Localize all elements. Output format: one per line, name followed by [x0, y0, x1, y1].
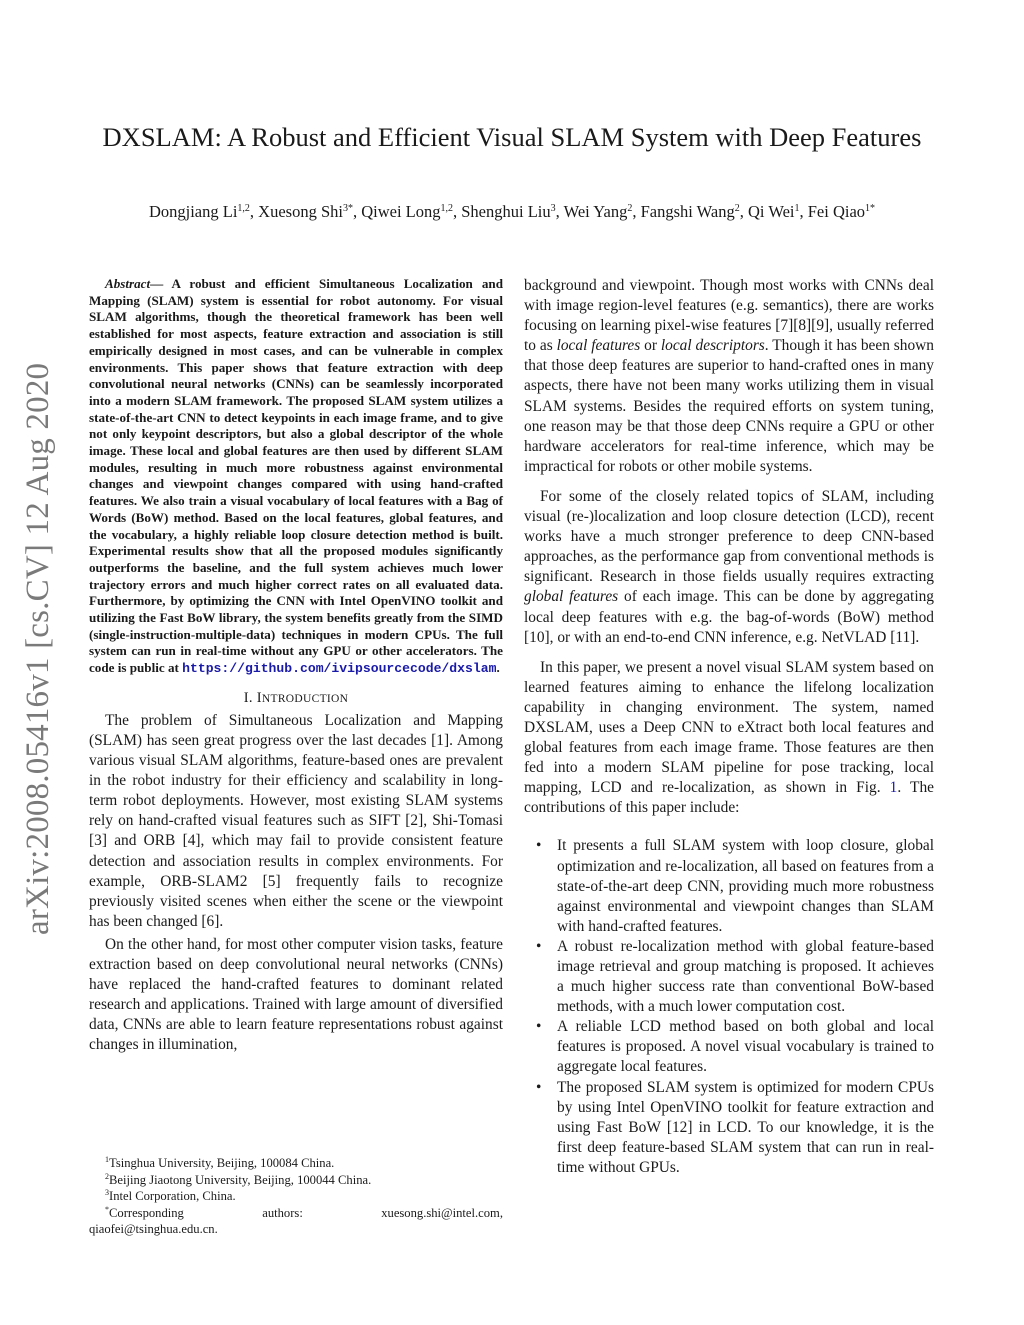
footnotes: 1Tsinghua University, Beijing, 100084 Ch…: [89, 1155, 503, 1238]
intro-paragraph-2: On the other hand, for most other comput…: [89, 935, 503, 1056]
paper-title: DXSLAM: A Robust and Efficient Visual SL…: [0, 122, 1024, 153]
author: Qiwei Long1,2: [361, 202, 453, 221]
author: Fangshi Wang2: [641, 202, 740, 221]
bullet-icon: •: [536, 1017, 541, 1037]
footnote-corresponding: *Corresponding authors: xuesong.shi@inte…: [89, 1205, 503, 1222]
footnote-affiliation-3: 3Intel Corporation, China.: [89, 1188, 503, 1205]
right-column: background and viewpoint. Though most wo…: [524, 276, 934, 1178]
abstract-text: A robust and efficient Simultaneous Loca…: [89, 276, 503, 675]
arxiv-identifier-stamp: arXiv:2008.05416v1 [cs.CV] 12 Aug 2020: [20, 363, 57, 935]
abstract: Abstract— A robust and efficient Simulta…: [89, 276, 503, 678]
bullet-icon: •: [536, 937, 541, 957]
author-list: Dongjiang Li1,2, Xuesong Shi3*, Qiwei Lo…: [0, 202, 1024, 222]
intro-paragraph-1: The problem of Simultaneous Localization…: [89, 711, 503, 932]
contribution-item: •A reliable LCD method based on both glo…: [524, 1017, 934, 1077]
section-heading-introduction: I. INTRODUCTION: [89, 690, 503, 707]
intro-paragraph-3: For some of the closely related topics o…: [524, 487, 934, 648]
bullet-icon: •: [536, 836, 541, 856]
contributions-list: •It presents a full SLAM system with loo…: [524, 836, 934, 1178]
abstract-label: Abstract: [105, 276, 150, 291]
introduction-body-left: The problem of Simultaneous Localization…: [89, 711, 503, 1056]
intro-paragraph-2-continued: background and viewpoint. Though most wo…: [524, 276, 934, 477]
author: Shenghui Liu3: [461, 202, 555, 221]
author: Fei Qiao1*: [808, 202, 875, 221]
bullet-icon: •: [536, 1078, 541, 1098]
corresponding-email-1: xuesong.shi@intel.com,: [381, 1205, 503, 1222]
author: Wei Yang2: [564, 202, 633, 221]
contribution-item: •A robust re-localization method with gl…: [524, 937, 934, 1017]
footnote-affiliation-1: 1Tsinghua University, Beijing, 100084 Ch…: [89, 1155, 503, 1172]
contribution-item: •The proposed SLAM system is optimized f…: [524, 1078, 934, 1178]
footnote-affiliation-2: 2Beijing Jiaotong University, Beijing, 1…: [89, 1172, 503, 1189]
corresponding-email-2: qiaofei@tsinghua.edu.cn.: [89, 1221, 503, 1238]
author: Xuesong Shi3*: [258, 202, 353, 221]
author: Qi Wei1: [748, 202, 800, 221]
intro-paragraph-4: In this paper, we present a novel visual…: [524, 658, 934, 819]
left-column: Abstract— A robust and efficient Simulta…: [89, 276, 503, 1055]
contribution-item: •It presents a full SLAM system with loo…: [524, 836, 934, 936]
code-repository-link[interactable]: https://github.com/ivipsourcecode/dxslam: [182, 661, 496, 676]
author: Dongjiang Li1,2: [149, 202, 250, 221]
